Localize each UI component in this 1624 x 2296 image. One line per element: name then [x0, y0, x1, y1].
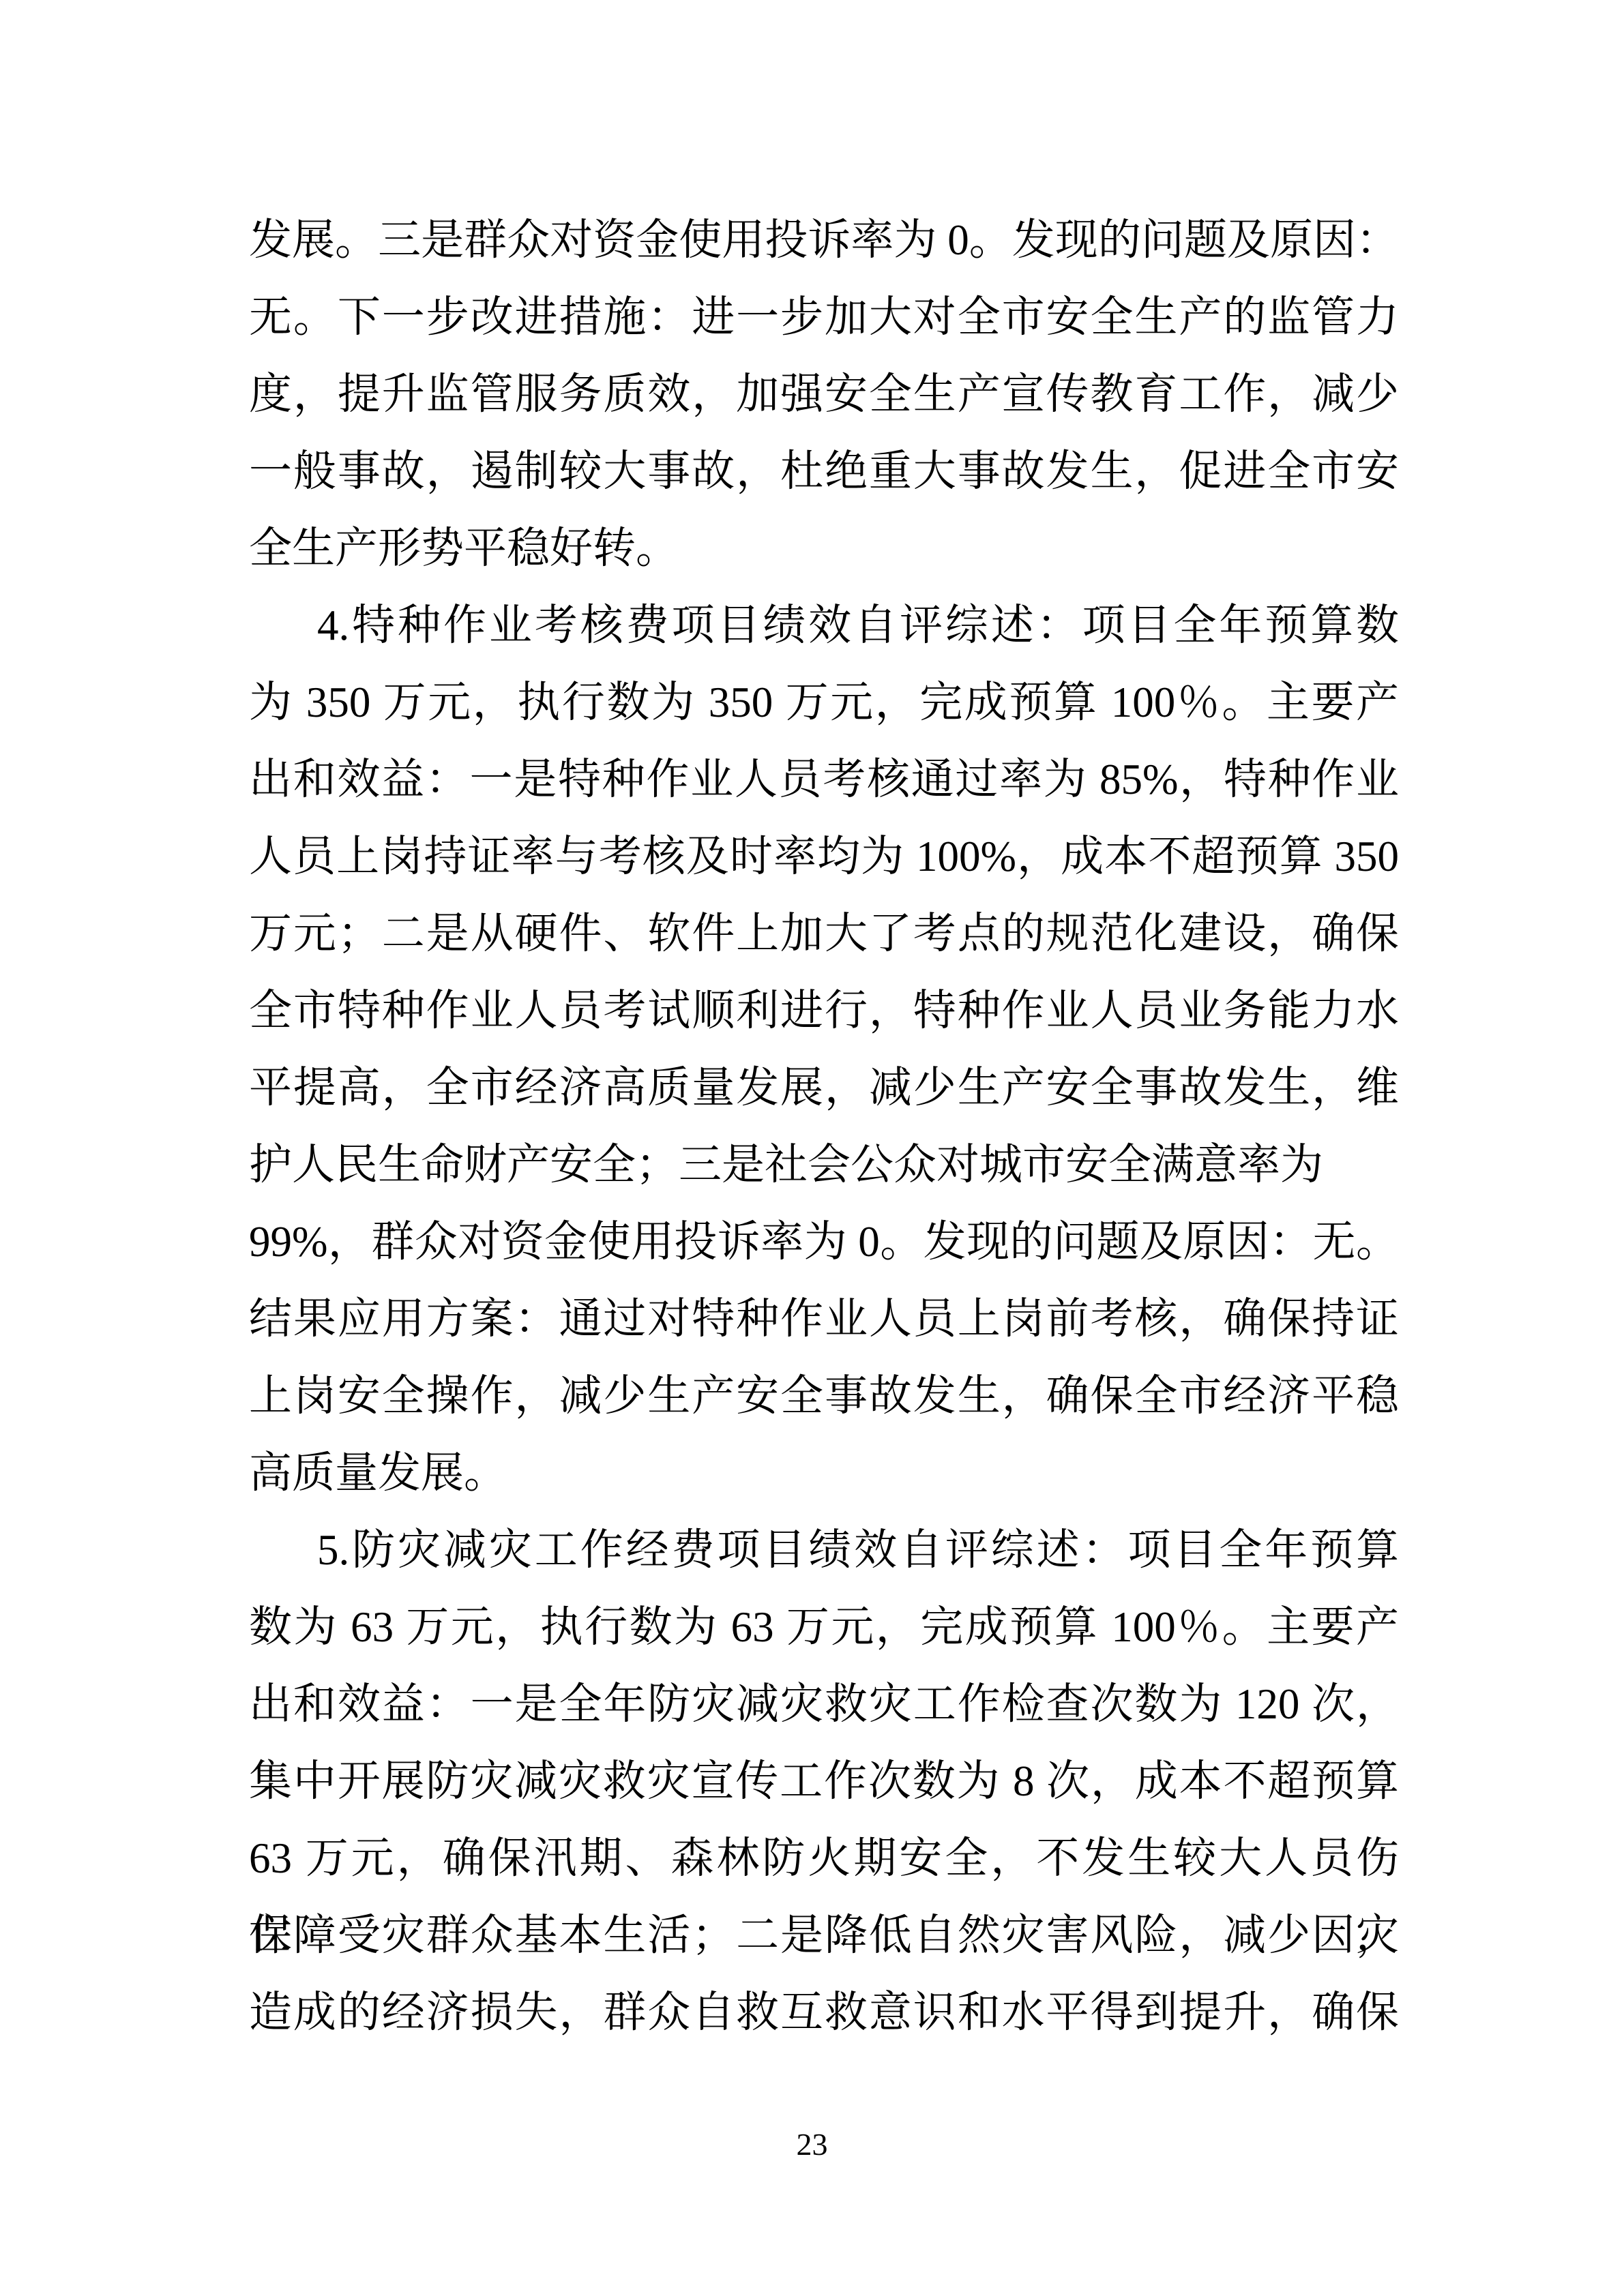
text-line: 出和效益：一是全年防灾减灾救灾工作检查次数为 120 次，: [249, 1666, 1399, 1743]
text-line: 无。下一步改进措施：进一步加大对全市安全生产的监管力: [249, 279, 1399, 356]
text-line: 上岗安全操作，减少生产安全事故发生，确保全市经济平稳: [249, 1358, 1399, 1435]
text-line-paragraph-end: 高质量发展。: [249, 1435, 1399, 1512]
text-line: 万元；二是从硬件、软件上加大了考点的规范化建设，确保: [249, 895, 1399, 972]
text-line: 集中开展防灾减灾救灾宣传工作次数为 8 次，成本不超预算: [249, 1743, 1399, 1820]
text-line: 63 万元，确保汛期、森林防火期安全，不发生较大人员伤亡，: [249, 1820, 1399, 1897]
text-line: 出和效益：一是特种作业人员考核通过率为 85%，特种作业: [249, 741, 1399, 818]
text-line-paragraph-end: 全生产形势平稳好转。: [249, 510, 1399, 587]
text-line: 人员上岗持证率与考核及时率均为 100%，成本不超预算 350: [249, 818, 1399, 895]
text-line: 一般事故，遏制较大事故，杜绝重大事故发生，促进全市安: [249, 433, 1399, 510]
text-line: 99%，群众对资金使用投诉率为 0。发现的问题及原因：无。: [249, 1204, 1399, 1281]
text-line: 保障受灾群众基本生活；二是降低自然灾害风险，减少因灾: [249, 1897, 1399, 1974]
document-page: 发展。三是群众对资金使用投诉率为 0。发现的问题及原因： 无。下一步改进措施：进…: [0, 0, 1624, 2296]
text-line: 造成的经济损失，群众自救互救意识和水平得到提升，确保: [249, 1974, 1399, 2051]
text-line: 数为 63 万元，执行数为 63 万元，完成预算 100％。主要产: [249, 1589, 1399, 1666]
text-line: 结果应用方案：通过对特种作业人员上岗前考核，确保持证: [249, 1281, 1399, 1358]
page-number: 23: [0, 2128, 1624, 2162]
text-line: 平提高，全市经济高质量发展，减少生产安全事故发生，维: [249, 1049, 1399, 1127]
text-line: 发展。三是群众对资金使用投诉率为 0。发现的问题及原因：: [249, 202, 1399, 279]
text-line: 度，提升监管服务质效，加强安全生产宣传教育工作，减少: [249, 356, 1399, 433]
text-line-paragraph-start: 5.防灾减灾工作经费项目绩效自评综述：项目全年预算: [249, 1512, 1399, 1589]
text-line: 护人民生命财产安全；三是社会公众对城市安全满意率为: [249, 1127, 1399, 1204]
document-text-block: 发展。三是群众对资金使用投诉率为 0。发现的问题及原因： 无。下一步改进措施：进…: [249, 202, 1399, 2051]
text-line-paragraph-start: 4.特种作业考核费项目绩效自评综述：项目全年预算数: [249, 587, 1399, 664]
text-line: 为 350 万元，执行数为 350 万元，完成预算 100％。主要产: [249, 664, 1399, 741]
text-line: 全市特种作业人员考试顺利进行，特种作业人员业务能力水: [249, 972, 1399, 1049]
